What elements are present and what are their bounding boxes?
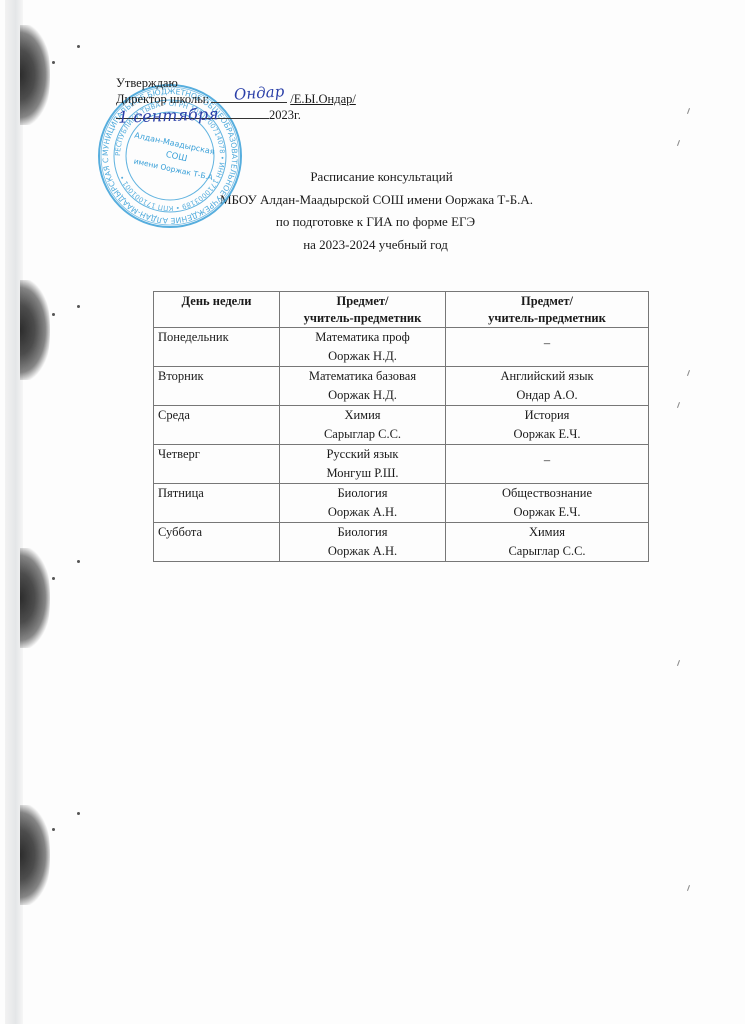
teacher-2: Ооржак Е.Ч. <box>514 427 581 441</box>
scan-dot <box>52 828 55 831</box>
director-label: Директор школы: <box>116 92 209 106</box>
subject-1: Математика проф <box>315 330 409 344</box>
subject-1: Математика базовая <box>309 369 416 383</box>
teacher-1: Ооржак А.Н. <box>328 505 397 519</box>
subject-cell-1: Математика базоваяОоржак Н.Д. <box>280 367 446 406</box>
stamp-center-line2: СОШ <box>165 150 188 164</box>
year-suffix: 2023г. <box>269 108 301 122</box>
scan-speck <box>687 370 690 376</box>
teacher-1: Ооржак А.Н. <box>328 544 397 558</box>
subject-1: Биология <box>337 525 387 539</box>
subject-2: Английский язык <box>500 369 593 383</box>
scan-dot <box>52 61 55 64</box>
empty-slot-dash: – <box>450 445 644 475</box>
scan-dot <box>77 812 80 815</box>
subject-2: Химия <box>529 525 565 539</box>
subject-cell-1: БиологияОоржак А.Н. <box>280 523 446 562</box>
table-row: ВторникМатематика базоваяОоржак Н.Д.Англ… <box>154 367 649 406</box>
subject-cell-1: ХимияСарыглар С.С. <box>280 406 446 445</box>
empty-slot-dash: – <box>450 328 644 358</box>
teacher-1: Монгуш Р.Ш. <box>326 466 398 480</box>
handwritten-date: 1 сентября <box>118 104 219 126</box>
teacher-1: Ооржак Н.Д. <box>328 388 397 402</box>
subject-2: История <box>525 408 570 422</box>
scan-speck <box>687 885 690 891</box>
scan-dot <box>77 305 80 308</box>
header-day: День недели <box>154 292 280 328</box>
hole-punch-shadow <box>20 548 50 648</box>
subject-cell-2: Английский языкОндар А.О. <box>446 367 649 406</box>
day-cell: Вторник <box>154 367 280 406</box>
subject-cell-1: Русский языкМонгуш Р.Ш. <box>280 445 446 484</box>
subject-cell-1: БиологияОоржак А.Н. <box>280 484 446 523</box>
teacher-2: Ондар А.О. <box>516 388 577 402</box>
scan-speck <box>677 402 680 408</box>
scan-dot <box>77 560 80 563</box>
director-signature: Ондар <box>233 82 284 103</box>
scan-speck <box>677 140 680 146</box>
scan-dot <box>52 577 55 580</box>
table-row: СредаХимияСарыглар С.С.ИсторияОоржак Е.Ч… <box>154 406 649 445</box>
title-line4: на 2023-2024 учебный год <box>6 234 745 257</box>
day-cell: Четверг <box>154 445 280 484</box>
teacher-1: Ооржак Н.Д. <box>328 349 397 363</box>
table-row: ПятницаБиологияОоржак А.Н.Обществознание… <box>154 484 649 523</box>
consultation-schedule-table: День недели Предмет/учитель-предметник П… <box>153 291 649 562</box>
scan-dot <box>77 45 80 48</box>
scan-speck <box>687 108 690 114</box>
table-row: СубботаБиологияОоржак А.Н.ХимияСарыглар … <box>154 523 649 562</box>
table-header-row: День недели Предмет/учитель-предметник П… <box>154 292 649 328</box>
subject-1: Биология <box>337 486 387 500</box>
teacher-2: Сарыглар С.С. <box>508 544 585 558</box>
header-subject-1: Предмет/учитель-предметник <box>280 292 446 328</box>
subject-cell-2: ХимияСарыглар С.С. <box>446 523 649 562</box>
subject-cell-2: ОбществознаниеОоржак Е.Ч. <box>446 484 649 523</box>
scan-speck <box>677 660 680 666</box>
day-cell: Суббота <box>154 523 280 562</box>
director-name: /Е.Ы.Ондар/ <box>290 92 356 106</box>
scan-dot <box>52 313 55 316</box>
hole-punch-shadow <box>20 805 50 905</box>
table-row: ПонедельникМатематика профОоржак Н.Д.– <box>154 328 649 367</box>
header-subject-2: Предмет/учитель-предметник <box>446 292 649 328</box>
hole-punch-shadow <box>20 25 50 125</box>
hole-punch-shadow <box>20 280 50 380</box>
subject-cell-1: Математика профОоржак Н.Д. <box>280 328 446 367</box>
subject-cell-2: – <box>446 328 649 367</box>
teacher-2: Ооржак Е.Ч. <box>514 505 581 519</box>
subject-cell-2: ИсторияОоржак Е.Ч. <box>446 406 649 445</box>
subject-cell-2: – <box>446 445 649 484</box>
subject-1: Русский язык <box>326 447 398 461</box>
subject-1: Химия <box>344 408 380 422</box>
teacher-1: Сарыглар С.С. <box>324 427 401 441</box>
day-cell: Понедельник <box>154 328 280 367</box>
day-cell: Пятница <box>154 484 280 523</box>
table-row: ЧетвергРусский языкМонгуш Р.Ш.– <box>154 445 649 484</box>
subject-2: Обществознание <box>502 486 592 500</box>
day-cell: Среда <box>154 406 280 445</box>
